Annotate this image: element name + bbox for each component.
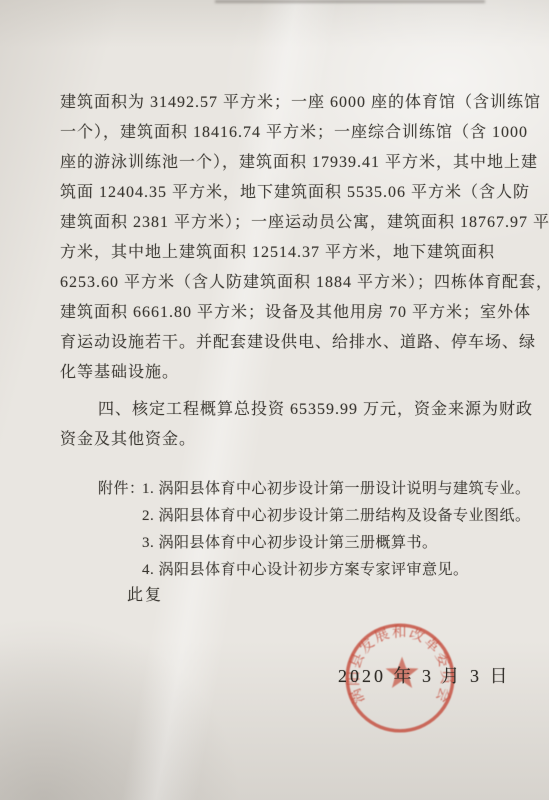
attachment-item: 1. 涡阳县体育中心初步设计第一册设计说明与建筑专业。 [142, 476, 531, 503]
closing-phrase: 此复 [127, 582, 163, 609]
document-date: 2020 年 3 月 3 日 [338, 662, 511, 688]
attachment-item: 2. 涡阳县体育中心初步设计第二册结构及设备专业图纸。 [142, 503, 531, 530]
body-line: 育运动设施若干。并配套建设供电、给排水、道路、停车场、绿 [60, 328, 512, 358]
body-line: 方米，其中地上建筑面积 12514.37 平方米，地下建筑面积 [60, 238, 512, 268]
body-line: 筑面 12404.35 平方米，地下建筑面积 5535.06 平方米（含人防 [60, 178, 512, 208]
body-paragraph: 建筑面积为 31492.57 平方米；一座 6000 座的体育馆（含训练馆 一个… [60, 88, 512, 388]
body-line: 座的游泳训练池一个），建筑面积 17939.41 平方米，其中地上建 [60, 148, 512, 178]
scanned-document-page: 建筑面积为 31492.57 平方米；一座 6000 座的体育馆（含训练馆 一个… [0, 0, 549, 800]
attachment-item: 3. 涡阳县体育中心初步设计第三册概算书。 [142, 530, 531, 557]
investment-line: 四、核定工程概算总投资 65359.99 万元，资金来源为财政 [60, 395, 512, 425]
attachments-label: 附件： [98, 476, 142, 503]
body-line: 化等基础设施。 [60, 358, 512, 388]
body-line: 6253.60 平方米（含人防建筑面积 1884 平方米）；四栋体育配套， [60, 268, 512, 298]
attachment-item: 4. 涡阳县体育中心设计初步方案专家评审意见。 [142, 557, 531, 584]
body-line: 建筑面积为 31492.57 平方米；一座 6000 座的体育馆（含训练馆 [60, 88, 512, 118]
body-line: 建筑面积 2381 平方米）；一座运动员公寓，建筑面积 18767.97 平 [60, 208, 512, 238]
body-line: 一个），建筑面积 18416.74 平方米；一座综合训练馆（含 1000 [60, 118, 512, 148]
attachments-list: 1. 涡阳县体育中心初步设计第一册设计说明与建筑专业。 2. 涡阳县体育中心初步… [142, 476, 531, 584]
paper-top-edge-shadow [215, 0, 485, 3]
investment-paragraph: 四、核定工程概算总投资 65359.99 万元，资金来源为财政 资金及其他资金。 [60, 395, 512, 455]
attachments-block: 附件： 1. 涡阳县体育中心初步设计第一册设计说明与建筑专业。 2. 涡阳县体育… [98, 476, 531, 584]
investment-line: 资金及其他资金。 [60, 425, 512, 455]
body-line: 建筑面积 6661.80 平方米；设备及其他用房 70 平方米；室外体 [60, 298, 512, 328]
